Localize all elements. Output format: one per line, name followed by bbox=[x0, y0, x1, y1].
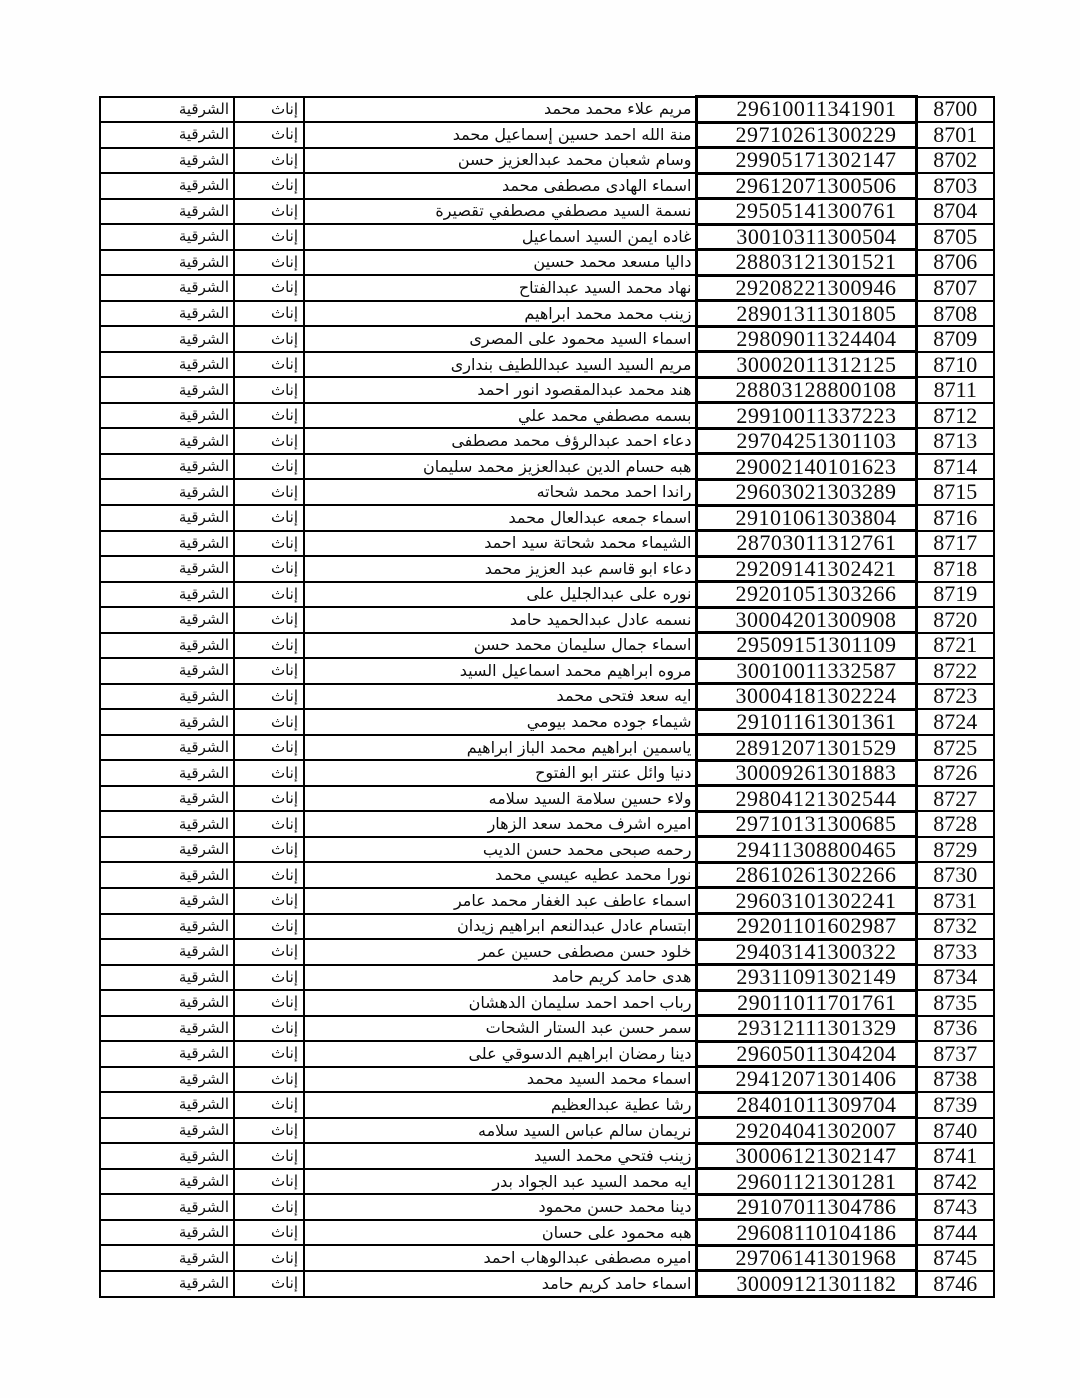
table-row: 873729605011304204دينا رمضان ابراهيم الد… bbox=[100, 1041, 994, 1067]
cell-gender: إناث bbox=[234, 352, 304, 378]
cell-name: اميره اشرف محمد سعد الزهار bbox=[304, 811, 696, 837]
cell-national-id: 29011011701761 bbox=[696, 990, 916, 1016]
cell-gender: إناث bbox=[234, 1016, 304, 1042]
cell-governorate: الشرقية bbox=[100, 709, 234, 735]
cell-name: اسماء جمعه عبدالعال محمد bbox=[304, 505, 696, 531]
table-row: 872330004181302224ايه سعد فتحى محمدإناثا… bbox=[100, 684, 994, 710]
cell-governorate: الشرقية bbox=[100, 786, 234, 812]
cell-name: دينا رمضان ابراهيم الدسوقي على bbox=[304, 1041, 696, 1067]
cell-serial: 8745 bbox=[916, 1245, 994, 1271]
cell-name: مروه ابراهيم محمد اسماعيل السيد bbox=[304, 658, 696, 684]
cell-name: هبه حسام الدين عبدالعزيز محمد سليمان bbox=[304, 454, 696, 480]
cell-governorate: الشرقية bbox=[100, 1143, 234, 1169]
cell-national-id: 29706141301968 bbox=[696, 1245, 916, 1271]
cell-serial: 8715 bbox=[916, 479, 994, 505]
cell-governorate: الشرقية bbox=[100, 1194, 234, 1220]
cell-governorate: الشرقية bbox=[100, 1245, 234, 1271]
cell-gender: إناث bbox=[234, 633, 304, 659]
cell-gender: إناث bbox=[234, 148, 304, 174]
cell-governorate: الشرقية bbox=[100, 1016, 234, 1042]
table-row: 872030004201300908نسمه عادل عبدالحميد حا… bbox=[100, 607, 994, 633]
table-row: 870729208221300946نهاد محمد السيد عبدالف… bbox=[100, 275, 994, 301]
cell-governorate: الشرقية bbox=[100, 275, 234, 301]
cell-serial: 8742 bbox=[916, 1169, 994, 1195]
cell-governorate: الشرقية bbox=[100, 990, 234, 1016]
cell-gender: إناث bbox=[234, 454, 304, 480]
cell-serial: 8746 bbox=[916, 1271, 994, 1297]
cell-governorate: الشرقية bbox=[100, 199, 234, 225]
cell-national-id: 29610011341901 bbox=[696, 97, 916, 123]
table-row: 871829209141302421دعاء ابو قاسم عبد العز… bbox=[100, 556, 994, 582]
cell-serial: 8720 bbox=[916, 607, 994, 633]
table-row: 870828901311301805زينب محمد محمد ابراهيم… bbox=[100, 301, 994, 327]
cell-serial: 8701 bbox=[916, 122, 994, 148]
cell-serial: 8737 bbox=[916, 1041, 994, 1067]
cell-governorate: الشرقية bbox=[100, 531, 234, 557]
cell-name: هدى حامد كريم حامد bbox=[304, 965, 696, 991]
cell-gender: إناث bbox=[234, 301, 304, 327]
cell-gender: إناث bbox=[234, 1067, 304, 1093]
cell-gender: إناث bbox=[234, 1271, 304, 1297]
table-row: 872729804121302544ولاء حسين سلامة السيد … bbox=[100, 786, 994, 812]
table-row: 874029204041302007نريمان سالم عباس السيد… bbox=[100, 1118, 994, 1144]
cell-governorate: الشرقية bbox=[100, 1169, 234, 1195]
table-row: 873229201101602987ابتسام عادل عبدالنعم ا… bbox=[100, 914, 994, 940]
cell-name: الشيماء محمد شحاتة سيد احمد bbox=[304, 531, 696, 557]
cell-national-id: 29209141302421 bbox=[696, 556, 916, 582]
cell-name: اميره مصطفى عبدالوهاب احمد bbox=[304, 1245, 696, 1271]
cell-serial: 8714 bbox=[916, 454, 994, 480]
cell-name: اسماء جمال سليمان محمد حسن bbox=[304, 633, 696, 659]
table-row: 874229601121301281ايه محمد السيد عبد الج… bbox=[100, 1169, 994, 1195]
cell-serial: 8731 bbox=[916, 888, 994, 914]
table-row: 870029610011341901مريم علاء محمد محمدإنا… bbox=[100, 97, 994, 123]
cell-gender: إناث bbox=[234, 556, 304, 582]
table-row: 873928401011309704رشا عطية عبدالعظيمإناث… bbox=[100, 1092, 994, 1118]
roster-table: 870029610011341901مريم علاء محمد محمدإنا… bbox=[99, 95, 995, 1298]
cell-serial: 8743 bbox=[916, 1194, 994, 1220]
table-row: 872528912071301529ياسمين ابراهيم محمد ال… bbox=[100, 735, 994, 761]
cell-national-id: 29710261300229 bbox=[696, 122, 916, 148]
cell-national-id: 29312111301329 bbox=[696, 1016, 916, 1042]
cell-gender: إناث bbox=[234, 1194, 304, 1220]
cell-serial: 8726 bbox=[916, 760, 994, 786]
cell-name: مريم السيد السيد عبداللطيف بندارى bbox=[304, 352, 696, 378]
cell-gender: إناث bbox=[234, 505, 304, 531]
cell-serial: 8738 bbox=[916, 1067, 994, 1093]
cell-governorate: الشرقية bbox=[100, 735, 234, 761]
cell-national-id: 29612071300506 bbox=[696, 173, 916, 199]
table-row: 870229905171302147وسام شعبان محمد عبدالع… bbox=[100, 148, 994, 174]
cell-governorate: الشرقية bbox=[100, 428, 234, 454]
cell-name: وسام شعبان محمد عبدالعزيز حسن bbox=[304, 148, 696, 174]
cell-national-id: 29603021303289 bbox=[696, 479, 916, 505]
cell-governorate: الشرقية bbox=[100, 301, 234, 327]
table-row: 871429002140101623هبه حسام الدين عبدالعز… bbox=[100, 454, 994, 480]
cell-national-id: 29710131300685 bbox=[696, 811, 916, 837]
cell-gender: إناث bbox=[234, 862, 304, 888]
cell-national-id: 29101161301361 bbox=[696, 709, 916, 735]
cell-serial: 8719 bbox=[916, 582, 994, 608]
cell-national-id: 28401011309704 bbox=[696, 1092, 916, 1118]
cell-governorate: الشرقية bbox=[100, 97, 234, 123]
cell-serial: 8732 bbox=[916, 914, 994, 940]
cell-national-id: 28703011312761 bbox=[696, 531, 916, 557]
cell-name: نورا محمد عطيه عيسي محمد bbox=[304, 862, 696, 888]
cell-governorate: الشرقية bbox=[100, 556, 234, 582]
cell-national-id: 30006121302147 bbox=[696, 1143, 916, 1169]
cell-name: اسماء حامد كريم حامد bbox=[304, 1271, 696, 1297]
cell-national-id: 29412071301406 bbox=[696, 1067, 916, 1093]
cell-name: دعاء احمد عبدالرؤف محمد مصطفى bbox=[304, 428, 696, 454]
cell-national-id: 29002140101623 bbox=[696, 454, 916, 480]
cell-name: داليا مسعد محمد حسين bbox=[304, 250, 696, 276]
cell-name: دينا محمد حسن محمود bbox=[304, 1194, 696, 1220]
cell-serial: 8703 bbox=[916, 173, 994, 199]
cell-serial: 8721 bbox=[916, 633, 994, 659]
cell-national-id: 29411308800465 bbox=[696, 837, 916, 863]
cell-gender: إناث bbox=[234, 607, 304, 633]
cell-national-id: 29107011304786 bbox=[696, 1194, 916, 1220]
cell-name: ايه محمد السيد عبد الجواد بدر bbox=[304, 1169, 696, 1195]
table-row: 873529011011701761رباب احمد احمد سليمان … bbox=[100, 990, 994, 1016]
cell-serial: 8730 bbox=[916, 862, 994, 888]
cell-name: اسماء السيد محمود على المصرى bbox=[304, 326, 696, 352]
cell-name: دعاء ابو قاسم عبد العزيز محمد bbox=[304, 556, 696, 582]
table-row: 874329107011304786دينا محمد حسن محمودإنا… bbox=[100, 1194, 994, 1220]
cell-governorate: الشرقية bbox=[100, 607, 234, 633]
cell-gender: إناث bbox=[234, 97, 304, 123]
cell-governorate: الشرقية bbox=[100, 148, 234, 174]
table-row: 871728703011312761الشيماء محمد شحاتة سيد… bbox=[100, 531, 994, 557]
cell-national-id: 30009261301883 bbox=[696, 760, 916, 786]
cell-national-id: 29505141300761 bbox=[696, 199, 916, 225]
cell-name: هبه محمود على حسان bbox=[304, 1220, 696, 1246]
cell-serial: 8735 bbox=[916, 990, 994, 1016]
cell-governorate: الشرقية bbox=[100, 505, 234, 531]
cell-serial: 8723 bbox=[916, 684, 994, 710]
cell-serial: 8739 bbox=[916, 1092, 994, 1118]
cell-gender: إناث bbox=[234, 403, 304, 429]
cell-gender: إناث bbox=[234, 888, 304, 914]
cell-governorate: الشرقية bbox=[100, 1271, 234, 1297]
cell-name: اسماء الهادى مصطفى محمد bbox=[304, 173, 696, 199]
cell-national-id: 29311091302149 bbox=[696, 965, 916, 991]
table-row: 874630009121301182اسماء حامد كريم حامدإن… bbox=[100, 1271, 994, 1297]
cell-governorate: الشرقية bbox=[100, 1220, 234, 1246]
cell-governorate: الشرقية bbox=[100, 684, 234, 710]
cell-serial: 8741 bbox=[916, 1143, 994, 1169]
cell-gender: إناث bbox=[234, 224, 304, 250]
cell-name: رباب احمد احمد سليمان الدهشان bbox=[304, 990, 696, 1016]
cell-governorate: الشرقية bbox=[100, 454, 234, 480]
cell-gender: إناث bbox=[234, 1118, 304, 1144]
cell-gender: إناث bbox=[234, 709, 304, 735]
cell-gender: إناث bbox=[234, 914, 304, 940]
cell-governorate: الشرقية bbox=[100, 224, 234, 250]
table-row: 872429101161301361شيماء جوده محمد بيوميإ… bbox=[100, 709, 994, 735]
cell-national-id: 29905171302147 bbox=[696, 148, 916, 174]
cell-governorate: الشرقية bbox=[100, 352, 234, 378]
cell-serial: 8704 bbox=[916, 199, 994, 225]
cell-gender: إناث bbox=[234, 786, 304, 812]
cell-serial: 8718 bbox=[916, 556, 994, 582]
cell-serial: 8708 bbox=[916, 301, 994, 327]
cell-serial: 8716 bbox=[916, 505, 994, 531]
table-row: 873829412071301406اسماء محمد السيد محمدإ… bbox=[100, 1067, 994, 1093]
cell-gender: إناث bbox=[234, 1245, 304, 1271]
cell-governorate: الشرقية bbox=[100, 811, 234, 837]
table-row: 870129710261300229منة الله احمد حسين إسم… bbox=[100, 122, 994, 148]
cell-name: زينب محمد محمد ابراهيم bbox=[304, 301, 696, 327]
table-row: 870628803121301521داليا مسعد محمد حسينإن… bbox=[100, 250, 994, 276]
cell-serial: 8734 bbox=[916, 965, 994, 991]
cell-gender: إناث bbox=[234, 1143, 304, 1169]
table-row: 872929411308800465رحمه صبحى محمد حسن الد… bbox=[100, 837, 994, 863]
cell-national-id: 28912071301529 bbox=[696, 735, 916, 761]
cell-name: رشا عطية عبدالعظيم bbox=[304, 1092, 696, 1118]
cell-governorate: الشرقية bbox=[100, 403, 234, 429]
table-row: 874529706141301968اميره مصطفى عبدالوهاب … bbox=[100, 1245, 994, 1271]
cell-name: نسمة السيد مصطفي مصطفي تقصيرة bbox=[304, 199, 696, 225]
cell-national-id: 28610261302266 bbox=[696, 862, 916, 888]
cell-name: غاده ايمن السيد اسماعيل bbox=[304, 224, 696, 250]
table-row: 871629101061303804اسماء جمعه عبدالعال مح… bbox=[100, 505, 994, 531]
cell-name: مريم علاء محمد محمد bbox=[304, 97, 696, 123]
cell-name: نسمه عادل عبدالحميد حامد bbox=[304, 607, 696, 633]
cell-governorate: الشرقية bbox=[100, 862, 234, 888]
table-row: 871329704251301103دعاء احمد عبدالرؤف محم… bbox=[100, 428, 994, 454]
cell-gender: إناث bbox=[234, 326, 304, 352]
table-row: 870329612071300506اسماء الهادى مصطفى محم… bbox=[100, 173, 994, 199]
cell-name: بسمه مصطفي محمد علي bbox=[304, 403, 696, 429]
cell-gender: إناث bbox=[234, 122, 304, 148]
cell-governorate: الشرقية bbox=[100, 760, 234, 786]
cell-national-id: 30004181302224 bbox=[696, 684, 916, 710]
cell-name: خلود حسن مصطفى حسين عمر bbox=[304, 939, 696, 965]
cell-national-id: 29201051303266 bbox=[696, 582, 916, 608]
cell-national-id: 29208221300946 bbox=[696, 275, 916, 301]
cell-national-id: 29608110104186 bbox=[696, 1220, 916, 1246]
cell-serial: 8710 bbox=[916, 352, 994, 378]
table-row: 871529603021303289راندا احمد محمد شحاتهإ… bbox=[100, 479, 994, 505]
cell-governorate: الشرقية bbox=[100, 377, 234, 403]
cell-governorate: الشرقية bbox=[100, 658, 234, 684]
cell-gender: إناث bbox=[234, 531, 304, 557]
cell-governorate: الشرقية bbox=[100, 479, 234, 505]
cell-gender: إناث bbox=[234, 965, 304, 991]
cell-serial: 8705 bbox=[916, 224, 994, 250]
cell-governorate: الشرقية bbox=[100, 1041, 234, 1067]
cell-gender: إناث bbox=[234, 479, 304, 505]
cell-serial: 8722 bbox=[916, 658, 994, 684]
cell-national-id: 29605011304204 bbox=[696, 1041, 916, 1067]
cell-national-id: 29204041302007 bbox=[696, 1118, 916, 1144]
cell-gender: إناث bbox=[234, 990, 304, 1016]
cell-name: نريمان سالم عباس السيد سلامه bbox=[304, 1118, 696, 1144]
cell-national-id: 29704251301103 bbox=[696, 428, 916, 454]
cell-name: رحمه صبحى محمد حسن الديب bbox=[304, 837, 696, 863]
cell-gender: إناث bbox=[234, 582, 304, 608]
cell-name: شيماء جوده محمد بيومي bbox=[304, 709, 696, 735]
cell-national-id: 30010011332587 bbox=[696, 658, 916, 684]
cell-serial: 8712 bbox=[916, 403, 994, 429]
cell-governorate: الشرقية bbox=[100, 250, 234, 276]
table-row: 874130006121302147زينب فتحي محمد السيدإن… bbox=[100, 1143, 994, 1169]
cell-gender: إناث bbox=[234, 760, 304, 786]
scanned-page: 870029610011341901مريم علاء محمد محمدإنا… bbox=[0, 0, 1080, 1398]
table-row: 873028610261302266نورا محمد عطيه عيسي مح… bbox=[100, 862, 994, 888]
cell-gender: إناث bbox=[234, 173, 304, 199]
roster-table-body: 870029610011341901مريم علاء محمد محمدإنا… bbox=[100, 97, 994, 1297]
cell-gender: إناث bbox=[234, 811, 304, 837]
cell-serial: 8711 bbox=[916, 377, 994, 403]
table-row: 871128803128800108هند محمد عبدالمقصود ان… bbox=[100, 377, 994, 403]
table-row: 874429608110104186هبه محمود على حسانإناث… bbox=[100, 1220, 994, 1246]
cell-national-id: 29403141300322 bbox=[696, 939, 916, 965]
table-row: 872129509151301109اسماء جمال سليمان محمد… bbox=[100, 633, 994, 659]
cell-governorate: الشرقية bbox=[100, 1092, 234, 1118]
cell-name: ولاء حسين سلامة السيد سلامه bbox=[304, 786, 696, 812]
cell-name: سمر حسن عبد الستار الشحات bbox=[304, 1016, 696, 1042]
cell-governorate: الشرقية bbox=[100, 633, 234, 659]
cell-gender: إناث bbox=[234, 837, 304, 863]
cell-gender: إناث bbox=[234, 1092, 304, 1118]
cell-national-id: 29603101302241 bbox=[696, 888, 916, 914]
cell-national-id: 28803128800108 bbox=[696, 377, 916, 403]
cell-name: دنيا وائل عنتر ابو الفتوح bbox=[304, 760, 696, 786]
cell-gender: إناث bbox=[234, 684, 304, 710]
cell-national-id: 29809011324404 bbox=[696, 326, 916, 352]
cell-name: هند محمد عبدالمقصود انور احمد bbox=[304, 377, 696, 403]
cell-serial: 8702 bbox=[916, 148, 994, 174]
cell-name: ياسمين ابراهيم محمد الباز ابراهيم bbox=[304, 735, 696, 761]
cell-name: اسماء محمد السيد محمد bbox=[304, 1067, 696, 1093]
cell-governorate: الشرقية bbox=[100, 939, 234, 965]
cell-serial: 8733 bbox=[916, 939, 994, 965]
table-row: 872630009261301883دنيا وائل عنتر ابو الف… bbox=[100, 760, 994, 786]
cell-gender: إناث bbox=[234, 428, 304, 454]
cell-name: ايه سعد فتحى محمد bbox=[304, 684, 696, 710]
cell-name: نوره على عبدالجليل على bbox=[304, 582, 696, 608]
cell-name: ابتسام عادل عبدالنعم ابراهيم زيدان bbox=[304, 914, 696, 940]
cell-governorate: الشرقية bbox=[100, 1067, 234, 1093]
cell-gender: إناث bbox=[234, 658, 304, 684]
cell-serial: 8727 bbox=[916, 786, 994, 812]
cell-serial: 8744 bbox=[916, 1220, 994, 1246]
cell-name: اسماء عاطف عبد الغفار محمد عامر bbox=[304, 888, 696, 914]
cell-gender: إناث bbox=[234, 1041, 304, 1067]
table-row: 873129603101302241اسماء عاطف عبد الغفار … bbox=[100, 888, 994, 914]
table-row: 871929201051303266نوره على عبدالجليل على… bbox=[100, 582, 994, 608]
cell-name: زينب فتحي محمد السيد bbox=[304, 1143, 696, 1169]
cell-governorate: الشرقية bbox=[100, 582, 234, 608]
cell-gender: إناث bbox=[234, 735, 304, 761]
cell-governorate: الشرقية bbox=[100, 326, 234, 352]
cell-governorate: الشرقية bbox=[100, 122, 234, 148]
cell-national-id: 30002011312125 bbox=[696, 352, 916, 378]
table-row: 871229910011337223بسمه مصطفي محمد عليإنا… bbox=[100, 403, 994, 429]
cell-national-id: 29509151301109 bbox=[696, 633, 916, 659]
cell-national-id: 29201101602987 bbox=[696, 914, 916, 940]
cell-governorate: الشرقية bbox=[100, 914, 234, 940]
cell-serial: 8700 bbox=[916, 97, 994, 123]
cell-governorate: الشرقية bbox=[100, 888, 234, 914]
cell-serial: 8740 bbox=[916, 1118, 994, 1144]
table-row: 870530010311300504غاده ايمن السيد اسماعي… bbox=[100, 224, 994, 250]
cell-national-id: 29101061303804 bbox=[696, 505, 916, 531]
cell-name: نهاد محمد السيد عبدالفتاح bbox=[304, 275, 696, 301]
table-row: 871030002011312125مريم السيد السيد عبدال… bbox=[100, 352, 994, 378]
cell-gender: إناث bbox=[234, 939, 304, 965]
cell-governorate: الشرقية bbox=[100, 173, 234, 199]
cell-governorate: الشرقية bbox=[100, 837, 234, 863]
cell-national-id: 28803121301521 bbox=[696, 250, 916, 276]
cell-serial: 8736 bbox=[916, 1016, 994, 1042]
cell-serial: 8725 bbox=[916, 735, 994, 761]
cell-national-id: 28901311301805 bbox=[696, 301, 916, 327]
cell-name: راندا احمد محمد شحاته bbox=[304, 479, 696, 505]
cell-serial: 8709 bbox=[916, 326, 994, 352]
cell-gender: إناث bbox=[234, 250, 304, 276]
cell-gender: إناث bbox=[234, 1169, 304, 1195]
cell-national-id: 30010311300504 bbox=[696, 224, 916, 250]
cell-national-id: 29601121301281 bbox=[696, 1169, 916, 1195]
table-row: 873629312111301329سمر حسن عبد الستار الش… bbox=[100, 1016, 994, 1042]
cell-national-id: 30004201300908 bbox=[696, 607, 916, 633]
cell-serial: 8713 bbox=[916, 428, 994, 454]
table-row: 872230010011332587مروه ابراهيم محمد اسما… bbox=[100, 658, 994, 684]
cell-serial: 8717 bbox=[916, 531, 994, 557]
cell-gender: إناث bbox=[234, 377, 304, 403]
table-row: 870929809011324404اسماء السيد محمود على … bbox=[100, 326, 994, 352]
table-row: 873329403141300322خلود حسن مصطفى حسين عم… bbox=[100, 939, 994, 965]
cell-national-id: 29910011337223 bbox=[696, 403, 916, 429]
table-row: 873429311091302149هدى حامد كريم حامدإناث… bbox=[100, 965, 994, 991]
cell-national-id: 30009121301182 bbox=[696, 1271, 916, 1297]
table-row: 872829710131300685اميره اشرف محمد سعد ال… bbox=[100, 811, 994, 837]
cell-serial: 8706 bbox=[916, 250, 994, 276]
cell-serial: 8724 bbox=[916, 709, 994, 735]
cell-national-id: 29804121302544 bbox=[696, 786, 916, 812]
cell-gender: إناث bbox=[234, 275, 304, 301]
cell-serial: 8707 bbox=[916, 275, 994, 301]
table-row: 870429505141300761نسمة السيد مصطفي مصطفي… bbox=[100, 199, 994, 225]
cell-serial: 8728 bbox=[916, 811, 994, 837]
cell-gender: إناث bbox=[234, 199, 304, 225]
cell-serial: 8729 bbox=[916, 837, 994, 863]
cell-governorate: الشرقية bbox=[100, 965, 234, 991]
cell-gender: إناث bbox=[234, 1220, 304, 1246]
cell-governorate: الشرقية bbox=[100, 1118, 234, 1144]
cell-name: منة الله احمد حسين إسماعيل محمد bbox=[304, 122, 696, 148]
